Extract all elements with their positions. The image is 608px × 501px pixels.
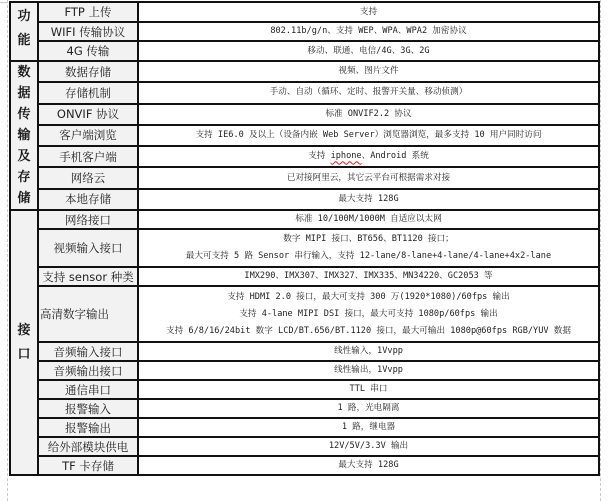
table-row: 接 口 网络接口 标准 10/100M/1000M 自适应以太网 — [10, 210, 599, 229]
table-row: 客户端浏览 支持 IE6.0 及以上（设备内嵌 Web Server）浏览器浏览… — [10, 125, 599, 146]
item-label: 高清数字输出 — [38, 286, 138, 342]
item-value: 1 路，光电隔离 — [138, 399, 599, 418]
category-glyph: 功 — [11, 5, 37, 29]
page-margin-guide-right — [600, 0, 601, 501]
value-line: 移动、联通、电信/4G、3G、2G — [139, 43, 598, 60]
item-label: TF 卡存储 — [38, 456, 138, 475]
value-line: 视频、图片文件 — [139, 63, 598, 80]
item-value: 支持 iphone、Android 系统 — [138, 146, 599, 167]
table-row: 数 据 传 输 及 存 储 数据存储 视频、图片文件 — [10, 61, 599, 82]
category-glyph: 及 — [11, 146, 37, 167]
item-label: 客户端浏览 — [38, 125, 138, 146]
item-label: 给外部模块供电 — [38, 437, 138, 456]
item-label: 支持 sensor 种类 — [38, 267, 138, 286]
value-line: 线性输入，1Vvpp — [139, 343, 598, 360]
item-value: 支持 IE6.0 及以上（设备内嵌 Web Server）浏览器浏览，最多支持 … — [138, 125, 599, 146]
value-line: 线性输出，1Vvpp — [139, 362, 598, 379]
table-row: 本地存储 最大支持 128G — [10, 189, 599, 210]
value-line: 支持 4-lane MIPI DSI 接口，最大可支持 1080p/60fps … — [139, 306, 598, 323]
item-value: 数字 MIPI 接口、BT656、BT1120 接口； 最大可支持 5 路 Se… — [138, 229, 599, 267]
table-row: 报警输出 1 路，继电器 — [10, 418, 599, 437]
item-label: 存储机制 — [38, 82, 138, 103]
spellcheck-flagged-word: iphone — [331, 151, 362, 161]
value-line: 标准 ONVIF2.2 协议 — [139, 106, 598, 123]
table-row: 功 能 FTP 上传 支持 — [10, 2, 599, 22]
value-line: 最大可支持 5 路 Sensor 串行输入，支持 12-lane/8-lane+… — [139, 248, 598, 265]
table-row: WIFI 传输协议 802.11b/g/n、支持 WEP、WPA、WPA2 加密… — [10, 22, 599, 41]
item-value: 最大支持 128G — [138, 189, 599, 210]
category-glyph: 数 — [11, 62, 37, 83]
item-label: 报警输入 — [38, 399, 138, 418]
category-cell-interface: 接 口 — [10, 210, 38, 475]
value-line: 支持 6/8/16/24bit 数字 LCD/BT.656/BT.1120 接口… — [139, 323, 598, 340]
item-value: 支持 HDMI 2.0 接口，最大可支持 300 万(1920*1080)/60… — [138, 286, 599, 342]
table-row: 存储机制 手动、自动（循环、定时、报警开关量、移动侦测） — [10, 82, 599, 103]
spec-table: 功 能 FTP 上传 支持 WIFI 传输协议 802.11b/g/n、支持 W… — [9, 1, 600, 476]
item-value: 1 路，继电器 — [138, 418, 599, 437]
table-row: 音频输入接口 线性输入，1Vvpp — [10, 342, 599, 361]
table-row: TF 卡存储 最大支持 128G — [10, 456, 599, 475]
item-value: 线性输入，1Vvpp — [138, 342, 599, 361]
item-value: 标准 ONVIF2.2 协议 — [138, 104, 599, 125]
value-line: 手动、自动（循环、定时、报警开关量、移动侦测） — [139, 84, 598, 101]
value-line: 1 路，光电隔离 — [139, 400, 598, 417]
value-line: IMX290、IMX307、IMX327、IMX335、MN34220、GC20… — [139, 268, 598, 285]
table-row: 高清数字输出 支持 HDMI 2.0 接口，最大可支持 300 万(1920*1… — [10, 286, 599, 342]
value-line: 支持 iphone、Android 系统 — [139, 148, 598, 165]
value-line: 支持 — [139, 4, 598, 21]
value-line: 支持 IE6.0 及以上（设备内嵌 Web Server）浏览器浏览，最多支持 … — [139, 127, 598, 144]
item-value: 手动、自动（循环、定时、报警开关量、移动侦测） — [138, 82, 599, 103]
table-row: ONVIF 协议 标准 ONVIF2.2 协议 — [10, 104, 599, 125]
value-text: 支持 — [308, 151, 330, 161]
item-label: 网络接口 — [38, 210, 138, 229]
category-cell-data-storage: 数 据 传 输 及 存 储 — [10, 61, 38, 210]
value-line: 标准 10/100M/1000M 自适应以太网 — [139, 211, 598, 228]
category-glyph: 接 — [11, 319, 37, 343]
item-label: FTP 上传 — [38, 2, 138, 22]
table-row: 音频输出接口 线性输出，1Vvpp — [10, 361, 599, 380]
table-row: 网络云 已对接阿里云，其它云平台可根据需求对接 — [10, 167, 599, 188]
page-corner-mark — [0, 2, 8, 3]
item-label: WIFI 传输协议 — [38, 22, 138, 41]
item-value: 最大支持 128G — [138, 456, 599, 475]
table-row: 通信串口 TTL 串口 — [10, 380, 599, 399]
category-glyph: 存 — [11, 167, 37, 188]
item-label: 数据存储 — [38, 61, 138, 82]
value-line: 最大支持 128G — [139, 191, 598, 208]
category-glyph: 据 — [11, 83, 37, 104]
category-glyph: 口 — [11, 343, 37, 367]
table-row: 4G 传输 移动、联通、电信/4G、3G、2G — [10, 41, 599, 61]
category-glyph: 储 — [11, 188, 37, 209]
item-label: 通信串口 — [38, 380, 138, 399]
item-value: 线性输出，1Vvpp — [138, 361, 599, 380]
item-label: 视频输入接口 — [38, 229, 138, 267]
category-cell-function: 功 能 — [10, 2, 38, 61]
value-line: 最大支持 128G — [139, 457, 598, 474]
item-label: 报警输出 — [38, 418, 138, 437]
item-label: 网络云 — [38, 167, 138, 188]
table-row: 手机客户端 支持 iphone、Android 系统 — [10, 146, 599, 167]
item-value: 移动、联通、电信/4G、3G、2G — [138, 41, 599, 61]
item-label: 手机客户端 — [38, 146, 138, 167]
value-text: 、Android 系统 — [362, 151, 429, 161]
value-line: 已对接阿里云，其它云平台可根据需求对接 — [139, 170, 598, 187]
item-label: ONVIF 协议 — [38, 104, 138, 125]
value-line: 1 路，继电器 — [139, 419, 598, 436]
item-value: IMX290、IMX307、IMX327、IMX335、MN34220、GC20… — [138, 267, 599, 286]
item-value: 已对接阿里云，其它云平台可根据需求对接 — [138, 167, 599, 188]
page-margin-guide-left — [7, 0, 8, 501]
item-value: 标准 10/100M/1000M 自适应以太网 — [138, 210, 599, 229]
table-row: 报警输入 1 路，光电隔离 — [10, 399, 599, 418]
value-line: 802.11b/g/n、支持 WEP、WPA、WPA2 加密协议 — [139, 23, 598, 40]
table-row: 给外部模块供电 12V/5V/3.3V 输出 — [10, 437, 599, 456]
item-value: 支持 — [138, 2, 599, 22]
value-line: TTL 串口 — [139, 381, 598, 398]
item-label: 音频输入接口 — [38, 342, 138, 361]
item-value: 视频、图片文件 — [138, 61, 599, 82]
item-label: 4G 传输 — [38, 41, 138, 61]
value-line: 支持 HDMI 2.0 接口，最大可支持 300 万(1920*1080)/60… — [139, 289, 598, 306]
value-line: 12V/5V/3.3V 输出 — [139, 438, 598, 455]
table-row: 支持 sensor 种类 IMX290、IMX307、IMX327、IMX335… — [10, 267, 599, 286]
item-label: 音频输出接口 — [38, 361, 138, 380]
item-label: 本地存储 — [38, 189, 138, 210]
item-value: TTL 串口 — [138, 380, 599, 399]
item-value: 12V/5V/3.3V 输出 — [138, 437, 599, 456]
category-glyph: 能 — [11, 29, 37, 53]
category-glyph: 传 — [11, 104, 37, 125]
item-value: 802.11b/g/n、支持 WEP、WPA、WPA2 加密协议 — [138, 22, 599, 41]
table-row: 视频输入接口 数字 MIPI 接口、BT656、BT1120 接口； 最大可支持… — [10, 229, 599, 267]
value-line: 数字 MIPI 接口、BT656、BT1120 接口； — [139, 231, 598, 248]
category-glyph: 输 — [11, 125, 37, 146]
